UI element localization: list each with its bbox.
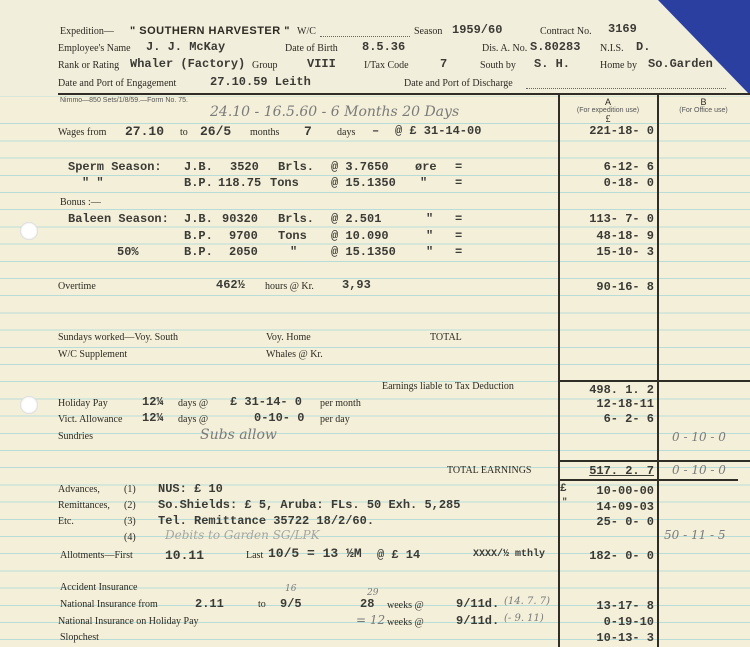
column-b-subheader: (For Office use)	[657, 107, 750, 114]
ni-holiday-weeks-label: weeks @	[387, 617, 424, 628]
sundays-label: Sundays worked—Voy. South	[58, 332, 178, 343]
season-value: 1959/60	[452, 23, 502, 37]
season-label: Season	[414, 26, 442, 37]
whales-label: Whales @ Kr.	[266, 349, 323, 360]
allotments-amount: 182- 0- 0	[558, 549, 654, 563]
expedition-label: Expedition—	[60, 26, 114, 37]
tax-amount: 498. 1. 2	[558, 383, 654, 397]
blue-corner-tab	[658, 0, 750, 95]
ni-holiday-rate: 9/11d.	[456, 614, 499, 628]
form-number-note: Nimmo—850 Sets/1/8/59.—Form No. 75.	[60, 97, 188, 104]
column-a-header: A	[558, 97, 658, 107]
baleen-qty: 90320	[222, 212, 258, 226]
advances-label: Advances,	[58, 484, 100, 495]
sperm-unit: Tons	[270, 176, 299, 190]
sperm-eq: =	[455, 176, 462, 190]
baleen-unit: "	[290, 245, 297, 259]
slopchest-amount: 10-13- 3	[558, 631, 654, 645]
punch-hole	[20, 396, 38, 414]
baleen-amount: 15-10- 3	[558, 245, 654, 259]
wages-rate: @ £ 31-14-00	[395, 124, 481, 138]
dis-label: Dis. A. No.	[482, 43, 527, 54]
ni-holiday-amount: 0-19-10	[558, 615, 654, 629]
ni-amount: 13-17- 8	[558, 599, 654, 613]
baleen-amount: 48-18- 9	[558, 229, 654, 243]
ni-weeks-correction: 29	[367, 588, 378, 598]
ni-holiday-label: National Insurance on Holiday Pay	[58, 616, 199, 627]
sperm-ditto: " "	[82, 176, 104, 190]
ni-from: 2.11	[195, 597, 224, 611]
dob-value: 8.5.36	[362, 40, 405, 54]
advance-amount: 25- 0- 0	[558, 515, 654, 529]
holiday-amount: 12-18-11	[558, 397, 654, 411]
baleen-eq: =	[455, 245, 462, 259]
advance-amount-b: 50 - 11 - 5	[664, 528, 726, 542]
ni-note: (14. 7. 7)	[504, 596, 550, 607]
baleen-unit2: "	[426, 245, 433, 259]
holiday-pay-label: Holiday Pay	[58, 398, 108, 409]
south-by-value: S. H.	[534, 57, 570, 71]
sperm-amount: 0-18- 0	[558, 176, 654, 190]
ni-rate: 9/11d.	[456, 597, 499, 611]
vict-days: 12¼	[142, 411, 164, 425]
advance-amount: 10-00-00	[558, 484, 654, 498]
baleen-percent: 50%	[117, 245, 139, 259]
baleen-qty: 9700	[229, 229, 258, 243]
etc-label: Etc.	[58, 516, 74, 527]
sperm-unit: Brls.	[278, 160, 314, 174]
employee-name-value: J. J. McKay	[146, 40, 225, 54]
overtime-amount: 90-16- 8	[558, 280, 654, 294]
sperm-amount: 6-12- 6	[558, 160, 654, 174]
baleen-rate: @ 2.501	[331, 212, 381, 226]
contract-value: 3169	[608, 22, 637, 36]
baleen-unit2: "	[426, 212, 433, 226]
sperm-rate: @ 3.7650	[331, 160, 389, 174]
overtime-rate-label: hours @ Kr.	[265, 281, 314, 292]
rank-value: Whaler (Factory)	[130, 57, 245, 71]
baleen-rate: @ 10.090	[331, 229, 389, 243]
advance-text: So.Shields: £ 5, Aruba: FLs. 50 Exh. 5,2…	[158, 498, 460, 512]
home-by-label: Home by	[600, 60, 637, 71]
allotments-last: 10/5 = 13 ½M	[268, 546, 362, 561]
sundries-amount-b: 0 - 10 - 0	[672, 430, 726, 444]
tax-divider	[558, 380, 750, 382]
column-a-subheader: (For expedition use)	[558, 107, 658, 114]
total-earnings-label: TOTAL EARNINGS	[447, 465, 531, 476]
days-value: 7	[304, 124, 312, 139]
advance-text: Tel. Remittance 35722 18/2/60.	[158, 514, 374, 528]
overtime-hours: 462½	[216, 278, 245, 292]
baleen-eq: =	[455, 212, 462, 226]
baleen-label: Baleen Season:	[68, 212, 169, 226]
ni-to-correction: 16	[285, 584, 296, 594]
wc-label: W/C	[297, 26, 316, 37]
column-b-left-border	[657, 93, 659, 647]
vict-rate: 0-10- 0	[254, 411, 304, 425]
days-label: days	[337, 127, 355, 138]
home-by-value: So.Garden	[648, 57, 713, 71]
advance-handwritten-text: Debits to Garden SG/LPK	[165, 528, 320, 542]
ni-weeks: 28	[360, 597, 374, 611]
vict-amount: 6- 2- 6	[558, 412, 654, 426]
advance-amount: 14-09-03	[558, 500, 654, 514]
allotments-label: Allotments—First	[60, 550, 133, 561]
accident-insurance-label: Accident Insurance	[60, 582, 137, 593]
allotments-first: 10.11	[165, 548, 204, 563]
baleen-code: B.P.	[184, 245, 213, 259]
sundries-label: Sundries	[58, 431, 93, 442]
wages-to-value: 26/5	[200, 124, 231, 139]
advance-number: (3)	[124, 516, 136, 527]
wages-to-label: to	[180, 127, 188, 138]
baleen-unit: Tons	[278, 229, 307, 243]
wages-label: Wages from	[58, 127, 106, 138]
sperm-qty: 118.75	[218, 176, 261, 190]
ni-to: 9/5	[280, 597, 302, 611]
ni-to-label: to	[258, 599, 266, 610]
advance-text: NUS: £ 10	[158, 482, 223, 496]
allotments-last-label: Last	[246, 550, 263, 561]
total-earnings-amount-b: 0 - 10 - 0	[672, 463, 726, 477]
sperm-label: Sperm Season:	[68, 160, 162, 174]
total-earnings-bottom-line	[558, 479, 738, 481]
baleen-unit: Brls.	[278, 212, 314, 226]
baleen-code: J.B.	[184, 212, 213, 226]
sperm-qty: 3520	[230, 160, 259, 174]
vict-label: Vict. Allowance	[58, 414, 122, 425]
baleen-unit2: "	[426, 229, 433, 243]
months-label: months	[250, 127, 279, 138]
baleen-rate: @ 15.1350	[331, 245, 396, 259]
holiday-per: per month	[320, 398, 361, 409]
ni-weeks-label: weeks @	[387, 600, 424, 611]
group-label: Group	[252, 60, 278, 71]
sperm-unit2: "	[420, 176, 427, 190]
sperm-code: B.P.	[184, 176, 213, 190]
total-label: TOTAL	[430, 332, 462, 343]
advance-number: (1)	[124, 484, 136, 495]
wages-amount: 221-18- 0	[558, 124, 654, 138]
ni-label: National Insurance from	[60, 599, 158, 610]
wages-dash: –	[372, 124, 379, 138]
baleen-amount: 113- 7- 0	[558, 212, 654, 226]
dis-value: S.80283	[530, 40, 580, 54]
holiday-days: 12¼	[142, 395, 164, 409]
advance-number: (4)	[124, 532, 136, 543]
sundries-note: Subs allow	[200, 427, 277, 443]
overtime-label: Overtime	[58, 281, 96, 292]
ni-holiday-weeks: = 12	[356, 613, 385, 627]
punch-hole	[20, 222, 38, 240]
baleen-qty: 2050	[229, 245, 258, 259]
total-earnings-top-line	[558, 460, 750, 462]
dob-label: Date of Birth	[285, 43, 338, 54]
sperm-code: J.B.	[184, 160, 213, 174]
wc-supplement-label: W/C Supplement	[58, 349, 127, 360]
discharge-field	[526, 88, 726, 89]
slopchest-label: Slopchest	[60, 632, 99, 643]
handwritten-period-note: 24.10 - 16.5.60 - 6 Months 20 Days	[210, 104, 459, 120]
holiday-days-label: days @	[178, 398, 208, 409]
baleen-code: B.P.	[184, 229, 213, 243]
bonus-label: Bonus :—	[60, 197, 101, 208]
total-earnings-amount: 517. 2. 7	[558, 464, 654, 478]
tax-code-label: I/Tax Code	[364, 60, 409, 71]
holiday-rate: £ 31-14- 0	[230, 395, 302, 409]
engagement-label: Date and Port of Engagement	[58, 78, 176, 89]
allotments-rate: @ £ 14	[377, 548, 420, 562]
tax-code-value: 7	[440, 57, 447, 71]
baleen-eq: =	[455, 229, 462, 243]
wages-from-value: 27.10	[125, 124, 164, 139]
remittances-label: Remittances,	[58, 500, 110, 511]
vict-per: per day	[320, 414, 350, 425]
ni-holiday-note: (- 9. 11)	[504, 613, 544, 624]
sperm-unit2: øre	[415, 160, 437, 174]
voy-home-label: Voy. Home	[266, 332, 311, 343]
sperm-eq: =	[455, 160, 462, 174]
sperm-rate: @ 15.1350	[331, 176, 396, 190]
tax-label: Earnings liable to Tax Deduction	[382, 381, 514, 392]
allotments-frequency: XXXX/½ mthly	[473, 549, 545, 560]
column-b-header: B	[657, 97, 750, 107]
employee-name-label: Employee's Name	[58, 43, 131, 54]
header-divider	[58, 93, 750, 95]
advance-number: (2)	[124, 500, 136, 511]
nis-label: N.I.S.	[600, 43, 624, 54]
expedition-value: " SOUTHERN HARVESTER "	[130, 25, 290, 37]
vict-days-label: days @	[178, 414, 208, 425]
wage-account-document: Expedition— " SOUTHERN HARVESTER " W/C S…	[0, 0, 750, 647]
wc-field	[320, 36, 410, 37]
group-value: VIII	[307, 57, 336, 71]
south-by-label: South by	[480, 60, 516, 71]
rank-label: Rank or Rating	[58, 60, 119, 71]
nis-value: D.	[636, 40, 650, 54]
discharge-label: Date and Port of Discharge	[404, 78, 513, 89]
contract-label: Contract No.	[540, 26, 592, 37]
overtime-rate: 3,93	[342, 278, 371, 292]
engagement-value: 27.10.59 Leith	[210, 75, 311, 89]
